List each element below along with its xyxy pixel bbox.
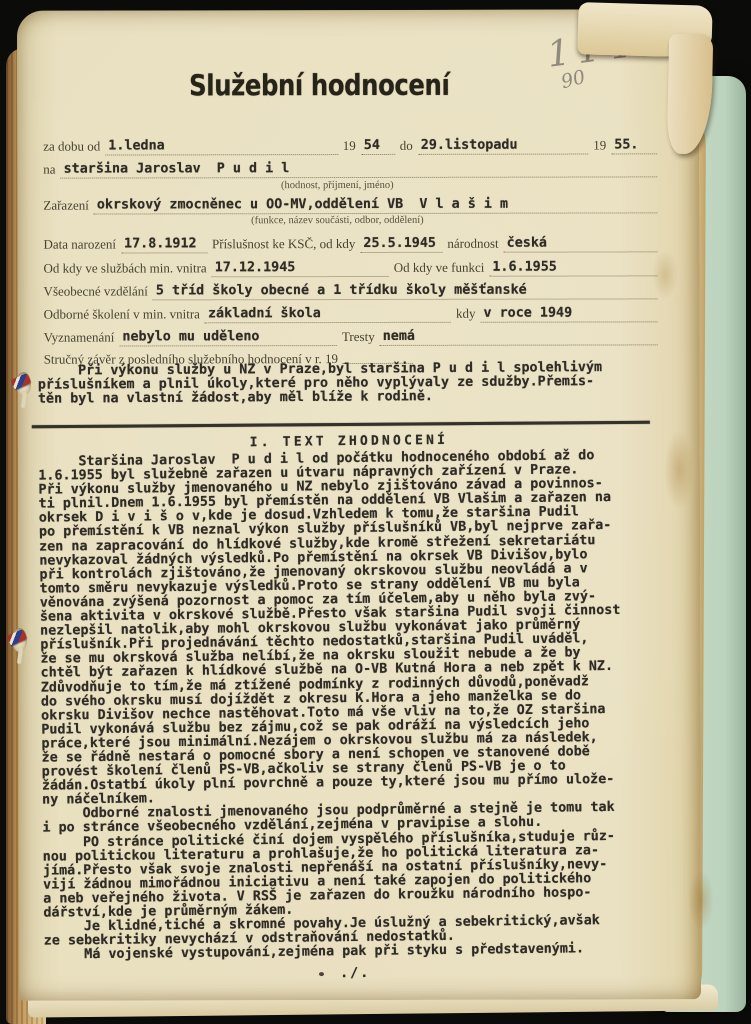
handwritten-number-small: 90 <box>559 66 588 93</box>
period-do-label: do <box>400 138 413 154</box>
service-since-label: Od kdy ve službách min. vnitra <box>43 260 206 276</box>
ksc-field: 25.5.1945 <box>360 237 442 253</box>
name-hint: (hodnost, příjmení, jméno) <box>57 179 617 191</box>
document-page: 114890 Služební hodnocení za dobu od 1.l… <box>17 9 701 1000</box>
period-label: za dobu od <box>43 139 100 155</box>
ksc-label: Příslušnost ke KSČ, od kdy <box>212 236 355 252</box>
birth-label: Data narození <box>43 237 116 253</box>
divider-rule <box>32 421 650 428</box>
training-field: základní škola <box>205 307 451 324</box>
penalties-field: nemá <box>380 329 658 346</box>
evaluation-section: I. TEXT ZHODNOCENÍ Staršina Jaroslav P u… <box>38 430 666 985</box>
year-print-1: 19 <box>343 138 356 154</box>
nationality-field: česká <box>504 236 658 252</box>
awards-field: nebylo mu uděleno <box>119 330 337 346</box>
birth-field: 17.8.1912 <box>121 237 207 253</box>
year-print-2: 19 <box>593 137 606 153</box>
nationality-label: národnost <box>447 236 498 252</box>
form-row-awards: Vyznamenání nebylo mu uděleno Tresty nem… <box>44 328 658 346</box>
general-education-field: 5 tříd školy obecné a 1 třídku školy měš… <box>153 283 658 300</box>
service-since-field: 17.12.1945 <box>212 261 389 277</box>
form-row-general-education: Všeobecné vzdělání 5 tříd školy obecné a… <box>44 282 658 300</box>
name-field: staršina Jaroslav P u d i l <box>61 161 658 178</box>
form-row-birth: Data narození 17.8.1912 Příslušnost ke K… <box>43 235 657 253</box>
period-to-field: 29.listopadu <box>418 139 589 155</box>
document-title: Služební hodnocení <box>189 68 449 103</box>
assignment-label: Zařazení <box>43 198 89 214</box>
form-row-name: na staršina Jaroslav P u d i l <box>43 160 657 178</box>
ink-speck <box>319 972 324 976</box>
period-from-field: 1.ledna <box>105 139 338 155</box>
name-label: na <box>43 162 55 178</box>
form-row-period: za dobu od 1.ledna 19 54 do 29.listopadu… <box>43 137 657 155</box>
form-row-service-since: Od kdy ve službách min. vnitra 17.12.194… <box>43 259 657 277</box>
assignment-hint: (funkce, název součásti, odbor, oddělení… <box>57 214 617 226</box>
typed-line: těn byl na vlastní žádost,aby měl blíže … <box>38 389 660 407</box>
function-since-label: Od kdy ve funkci <box>394 260 485 276</box>
footer-mark: ./. <box>44 963 666 985</box>
function-since-field: 1.6.1955 <box>489 260 657 276</box>
general-education-label: Všeobecné vzdělání <box>44 283 148 299</box>
assignment-field: okrskový zmocněnec u OO-MV,oddělení VB V… <box>94 197 658 214</box>
training-label: Odborné školení v min. vnitra <box>44 306 200 322</box>
last-evaluation-text: Při výkonu služby u NZ v Praze,byl starš… <box>38 361 660 407</box>
evaluation-text: Staršina Jaroslav P u d i l od počátku h… <box>38 448 666 963</box>
training-when-field: v roce 1949 <box>480 306 657 322</box>
training-when-label: kdy <box>456 306 476 322</box>
period-to-year-field: 55. <box>611 138 657 154</box>
form-row-training: Odborné školení v min. vnitra základní š… <box>44 305 658 323</box>
period-from-year-field: 54 <box>361 139 395 155</box>
awards-label: Vyznamenání <box>44 330 115 346</box>
penalties-label: Tresty <box>342 329 375 345</box>
form-row-assignment: Zařazení okrskový zmocněnec u OO-MV,oddě… <box>43 196 657 214</box>
